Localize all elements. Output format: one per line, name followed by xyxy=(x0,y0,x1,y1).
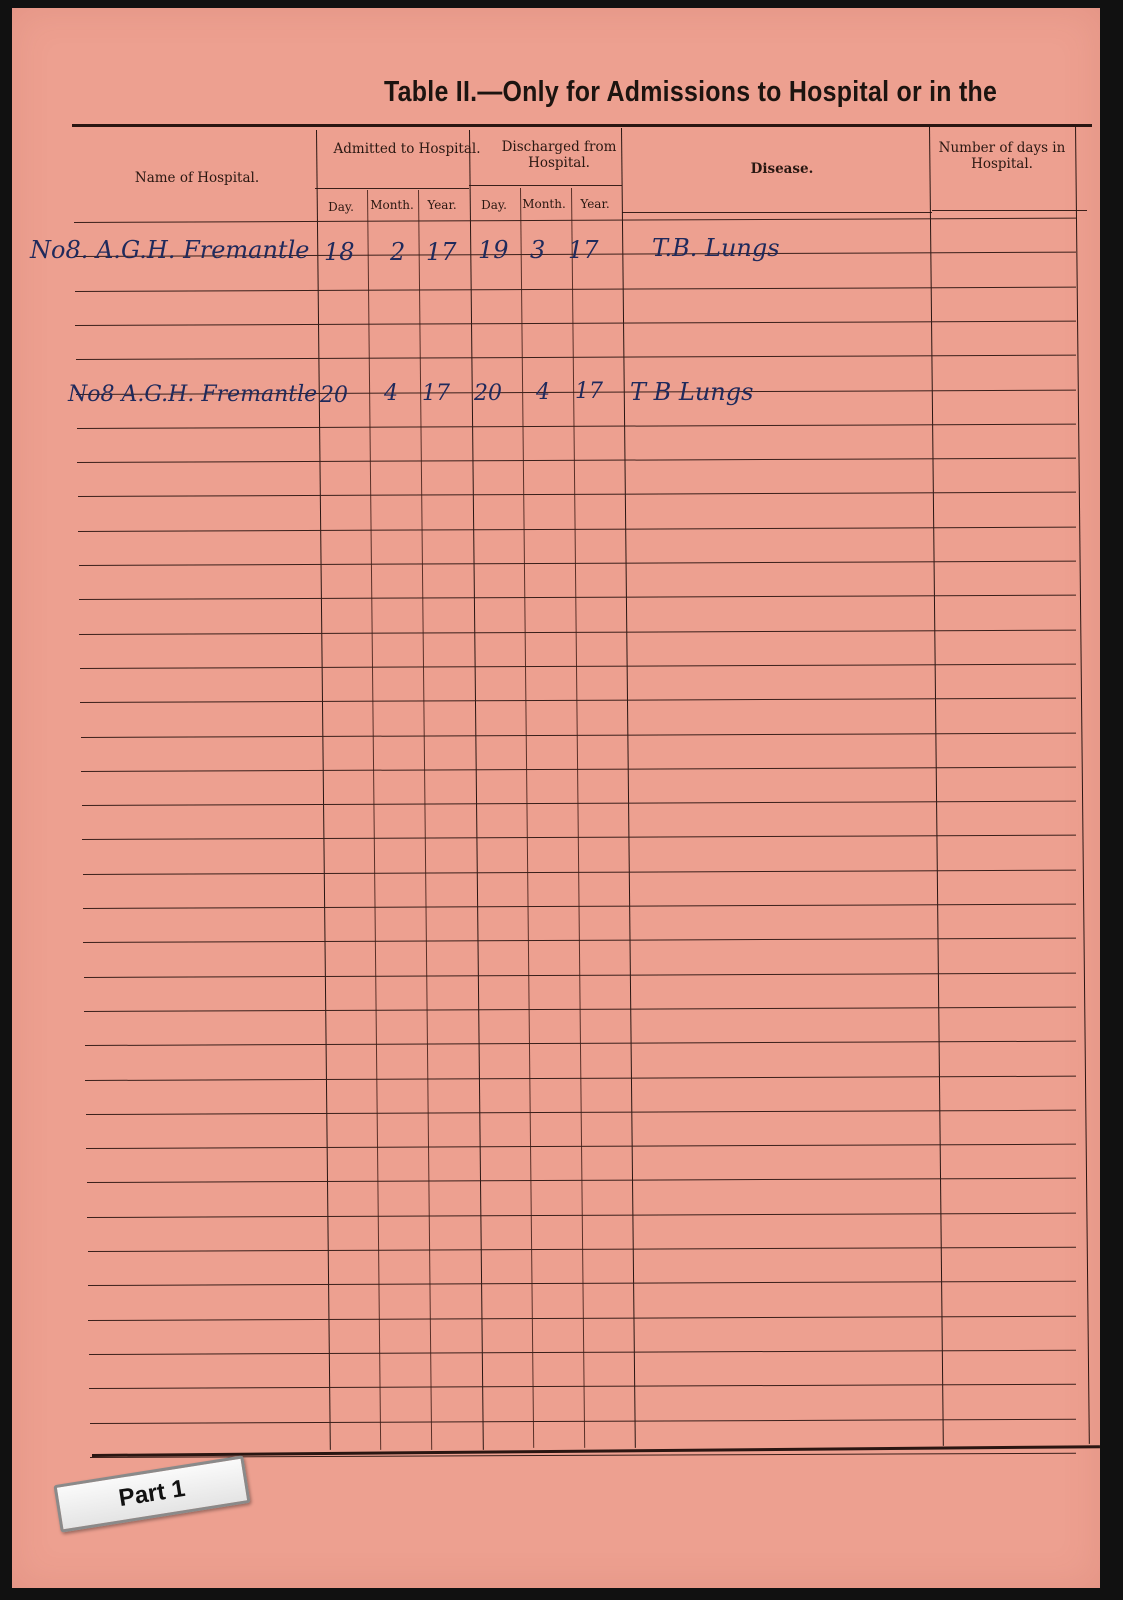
row-rule xyxy=(89,1384,1076,1389)
row2-dis-day: 20 xyxy=(474,381,502,406)
row1-dis-month: 3 xyxy=(530,236,545,264)
row2-disease: T B Lungs xyxy=(630,378,753,406)
row2-adm-month: 4 xyxy=(384,381,398,406)
form-page: Table II.—Only for Admissions to Hospita… xyxy=(12,8,1100,1588)
row1-dis-year: 17 xyxy=(568,236,599,264)
col-divider-name xyxy=(316,130,331,1450)
header-name-of-hospital: Name of Hospital. xyxy=(82,170,312,186)
row-rule xyxy=(79,561,1076,566)
header-dis-day: Day. xyxy=(470,197,518,213)
row-rule xyxy=(75,287,1076,292)
part-label-text: Part 1 xyxy=(117,1475,187,1513)
header-adm-month: Month. xyxy=(366,197,418,213)
row-rule xyxy=(82,801,1076,806)
right-border xyxy=(1075,124,1090,1444)
header-discharged: Discharged from Hospital. xyxy=(484,139,634,171)
header-adm-year: Year. xyxy=(417,197,467,213)
row-rule xyxy=(81,767,1076,772)
row-rule xyxy=(83,870,1076,875)
header-dis-month: Month. xyxy=(518,196,570,212)
row1-adm-month: 2 xyxy=(390,238,405,266)
row-rule xyxy=(76,355,1076,360)
row-rule xyxy=(80,664,1076,669)
row-rule xyxy=(78,492,1076,497)
row-rule xyxy=(75,321,1076,326)
row2-dis-year: 17 xyxy=(575,379,603,404)
disease-header-rule xyxy=(622,212,932,213)
row-rule xyxy=(80,698,1076,703)
col-divider-discharged xyxy=(621,128,636,1448)
admitted-sub-rule xyxy=(315,188,469,189)
col-divider-adm-month xyxy=(418,190,432,1450)
table-title: Table II.—Only for Admissions to Hospita… xyxy=(384,76,997,109)
col-divider-admitted xyxy=(469,130,484,1450)
row-rule xyxy=(79,595,1076,600)
row-rule xyxy=(77,424,1076,429)
discharged-sub-rule xyxy=(469,185,622,186)
header-days-in-hospital: Number of days in Hospital. xyxy=(937,140,1067,172)
header-dis-year: Year. xyxy=(570,196,620,212)
header-disease: Disease. xyxy=(632,161,932,177)
top-rule xyxy=(72,124,1092,127)
row-rule xyxy=(78,527,1076,532)
row1-adm-day: 18 xyxy=(324,238,355,266)
header-admitted: Admitted to Hospital. xyxy=(332,141,482,157)
col-divider-dis-month xyxy=(571,188,585,1448)
row-rule xyxy=(82,835,1076,840)
row2-dis-month: 4 xyxy=(536,380,550,405)
row1-hospital: No8. A.G.H. Fremantle xyxy=(30,236,309,264)
row2-adm-day: 20 xyxy=(320,383,348,408)
row-rule xyxy=(81,733,1076,738)
col-divider-adm-day xyxy=(367,190,381,1450)
row2-hospital: No8 A.G.H. Fremantle xyxy=(68,382,317,407)
row2-adm-year: 17 xyxy=(422,381,450,406)
col-divider-dis-day xyxy=(520,188,534,1448)
days-header-rule xyxy=(932,210,1087,211)
row-rule xyxy=(77,458,1076,463)
row1-disease: T.B. Lungs xyxy=(652,234,780,262)
row-rule xyxy=(79,630,1076,635)
row1-adm-year: 17 xyxy=(426,238,457,266)
row1-dis-day: 19 xyxy=(478,236,509,264)
header-adm-day: Day. xyxy=(317,199,365,215)
row-rule xyxy=(74,218,1076,223)
